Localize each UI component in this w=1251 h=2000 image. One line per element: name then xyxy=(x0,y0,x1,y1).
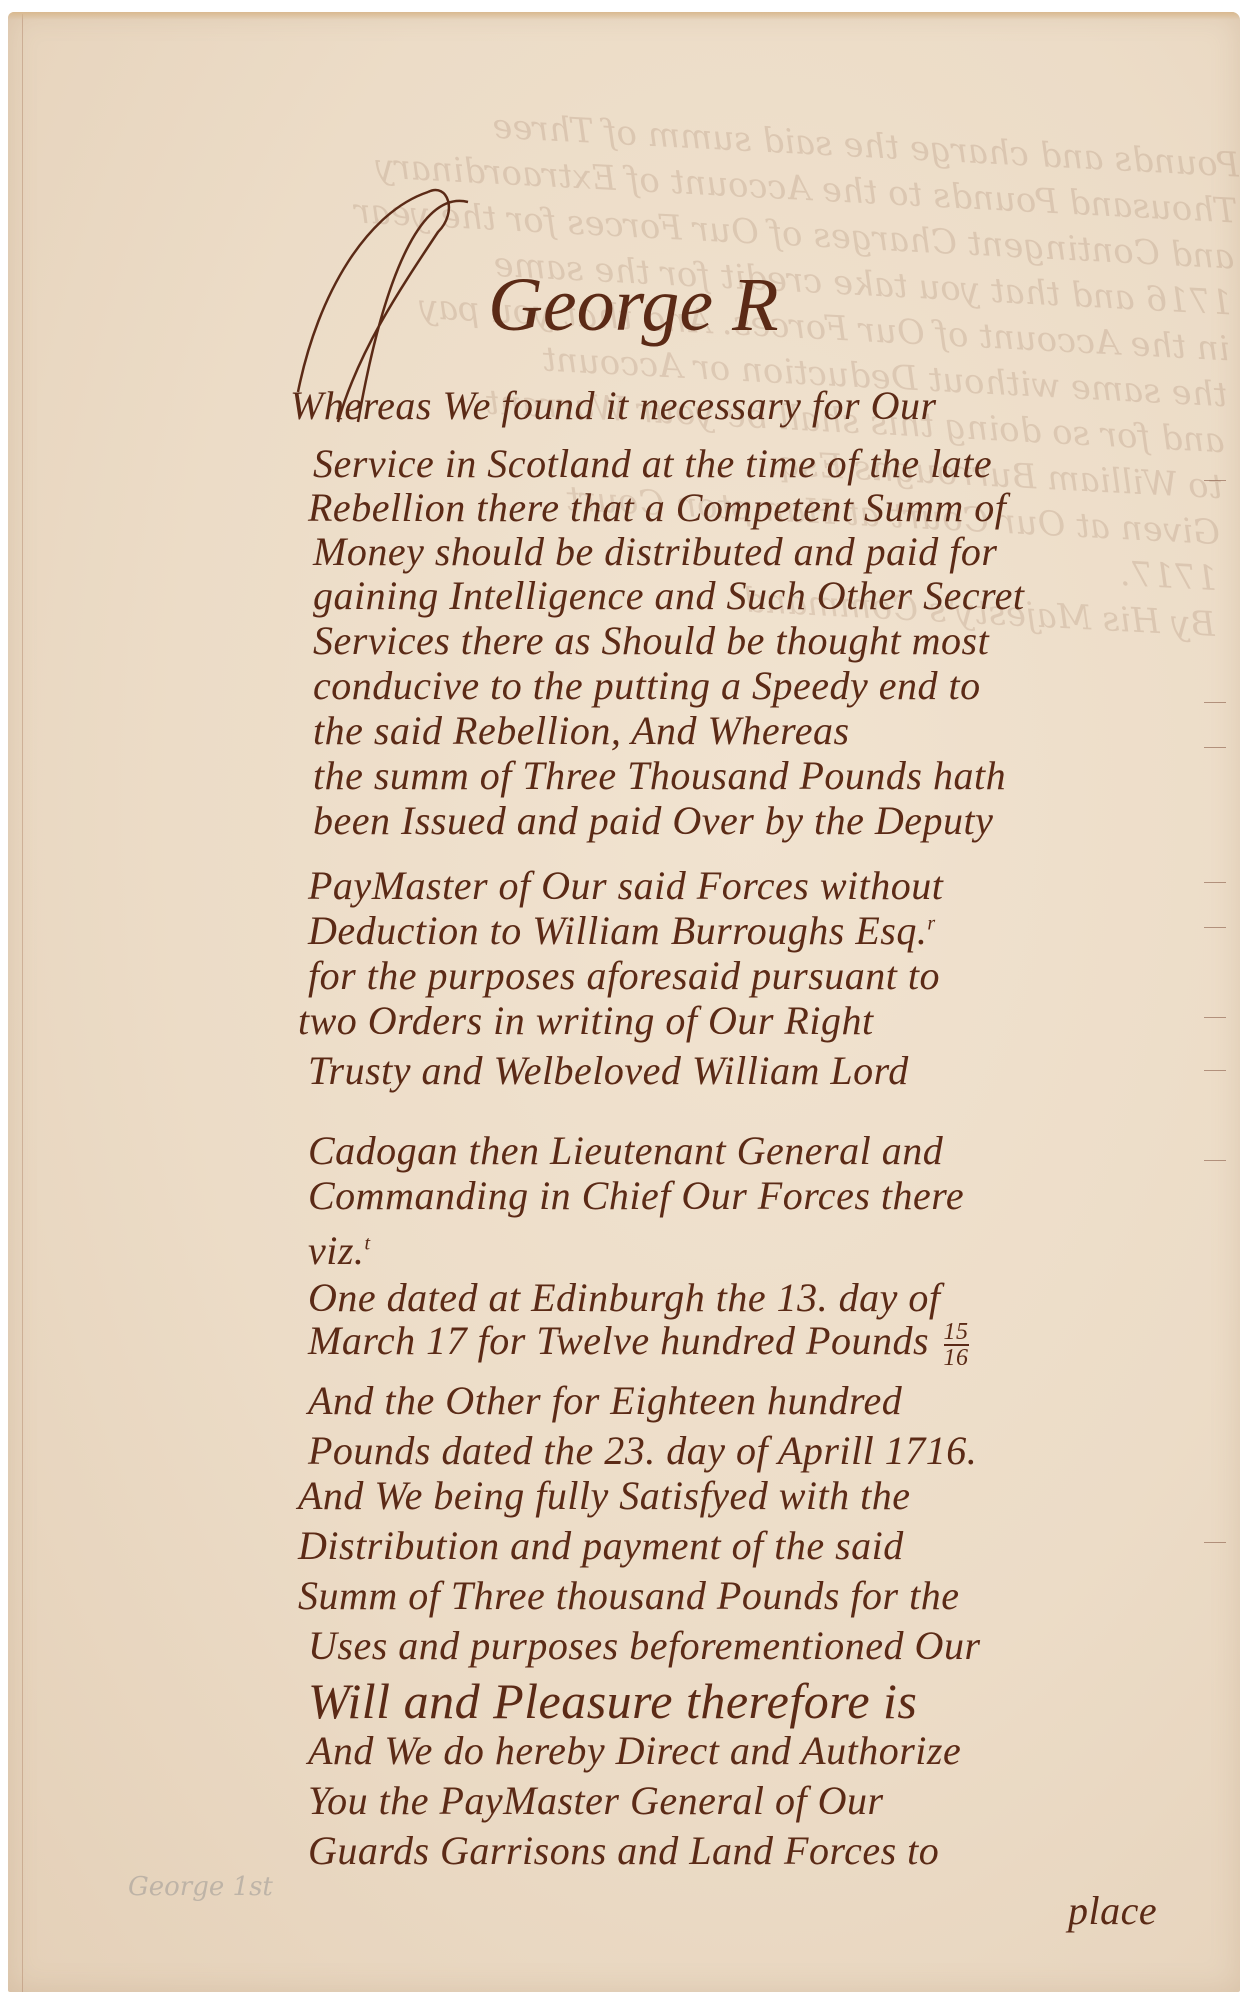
text-line-9: the summ of Three Thousand Pounds hath xyxy=(313,752,1006,799)
line-fill-dash xyxy=(1204,480,1226,481)
fraction-denominator: 16 xyxy=(944,1346,969,1370)
text-line-21: And the Other for Eighteen hundred xyxy=(308,1377,902,1424)
text-line-10: been Issued and paid Over by the Deputy xyxy=(313,797,993,844)
text-line-1: Whereas We found it necessary for Our xyxy=(290,382,937,429)
text-line-2: Service in Scotland at the time of the l… xyxy=(313,440,992,487)
text-line-18: viz.t xyxy=(308,1227,371,1274)
text-line-5: gaining Intelligence and Such Other Secr… xyxy=(313,572,1025,619)
viz-superscript: t xyxy=(364,1233,370,1255)
line-fill-dash xyxy=(1204,882,1226,883)
royal-signature: George R xyxy=(488,262,779,349)
text-line-7: conducive to the putting a Speedy end to xyxy=(313,662,981,709)
line-fill-dash xyxy=(1204,1017,1226,1018)
text-line-28: And We do hereby Direct and Authorize xyxy=(308,1727,961,1774)
text-line-26: Uses and purposes beforementioned Our xyxy=(308,1622,981,1669)
text-line-25: Summ of Three thousand Pounds for the xyxy=(298,1572,959,1619)
line-fill-dash xyxy=(1204,1542,1226,1543)
text-line-3: Rebellion there that a Competent Summ of xyxy=(308,484,1006,531)
text-line-18-content: viz. xyxy=(308,1228,364,1273)
line-fill-dash xyxy=(1204,747,1226,748)
text-line-8: the said Rebellion, And Whereas xyxy=(313,707,850,754)
text-line-27: Will and Pleasure therefore is xyxy=(308,1672,917,1730)
pencil-annotation: George 1st xyxy=(128,1872,273,1902)
text-line-29: You the PayMaster General of Our xyxy=(308,1777,884,1824)
text-line-17: Commanding in Chief Our Forces there xyxy=(308,1172,964,1219)
text-line-12-content: Deduction to William Burroughs Esq. xyxy=(308,908,927,953)
text-line-14: two Orders in writing of Our Right xyxy=(298,997,874,1044)
text-line-30: Guards Garrisons and Land Forces to xyxy=(308,1827,939,1874)
text-line-22: Pounds dated the 23. day of Aprill 1716. xyxy=(308,1427,977,1474)
text-line-24: Distribution and payment of the said xyxy=(298,1522,904,1569)
manuscript-page: Pounds and charge the said summ of Three… xyxy=(8,12,1240,1992)
text-line-13: for the purposes aforesaid pursuant to xyxy=(308,952,940,999)
text-line-11: PayMaster of Our said Forces without xyxy=(308,862,943,909)
text-line-19: One dated at Edinburgh the 13. day of xyxy=(308,1274,940,1321)
text-line-20: March 17 for Twelve hundred Pounds 15 16 xyxy=(308,1317,973,1370)
text-line-16: Cadogan then Lieutenant General and xyxy=(308,1127,943,1174)
line-fill-dash xyxy=(1204,927,1226,928)
text-line-6: Services there as Should be thought most xyxy=(313,617,989,664)
text-line-1-content: Whereas We found it necessary for Our xyxy=(290,383,937,428)
year-fraction: 15 16 xyxy=(944,1320,969,1370)
text-line-4: Money should be distributed and paid for xyxy=(313,528,997,575)
text-line-12: Deduction to William Burroughs Esq.r xyxy=(308,907,936,954)
catchword-place: place xyxy=(1068,1887,1157,1934)
esq-superscript: r xyxy=(927,913,935,935)
text-line-20-content: March 17 for Twelve hundred Pounds xyxy=(308,1318,929,1363)
line-fill-dash xyxy=(1204,1070,1226,1071)
text-line-23: And We being fully Satisfyed with the xyxy=(298,1472,910,1519)
line-fill-dash xyxy=(1204,1160,1226,1161)
fraction-numerator: 15 xyxy=(944,1320,969,1346)
line-fill-dash xyxy=(1204,702,1226,703)
text-line-15: Trusty and Welbeloved William Lord xyxy=(308,1047,909,1094)
